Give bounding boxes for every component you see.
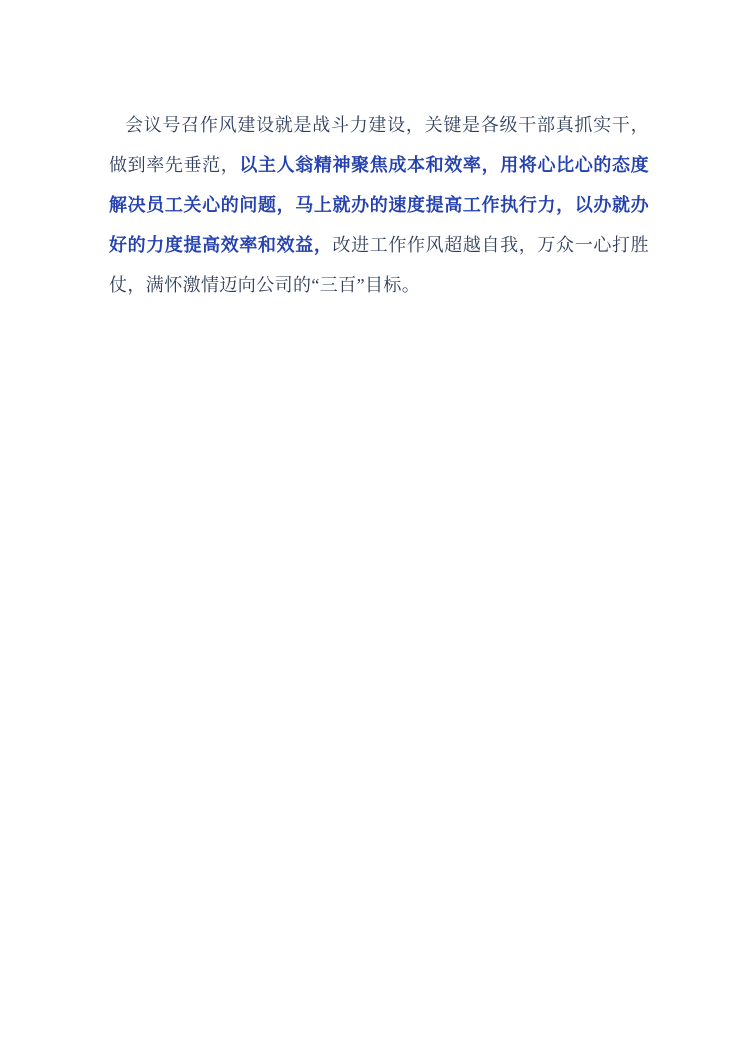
- paragraph: 会议号召作风建设就是战斗力建设，关键是各级干部真抓实干，做到率先垂范，以主人翁精…: [109, 105, 649, 305]
- document-page: 会议号召作风建设就是战斗力建设，关键是各级干部真抓实干，做到率先垂范，以主人翁精…: [0, 0, 750, 1060]
